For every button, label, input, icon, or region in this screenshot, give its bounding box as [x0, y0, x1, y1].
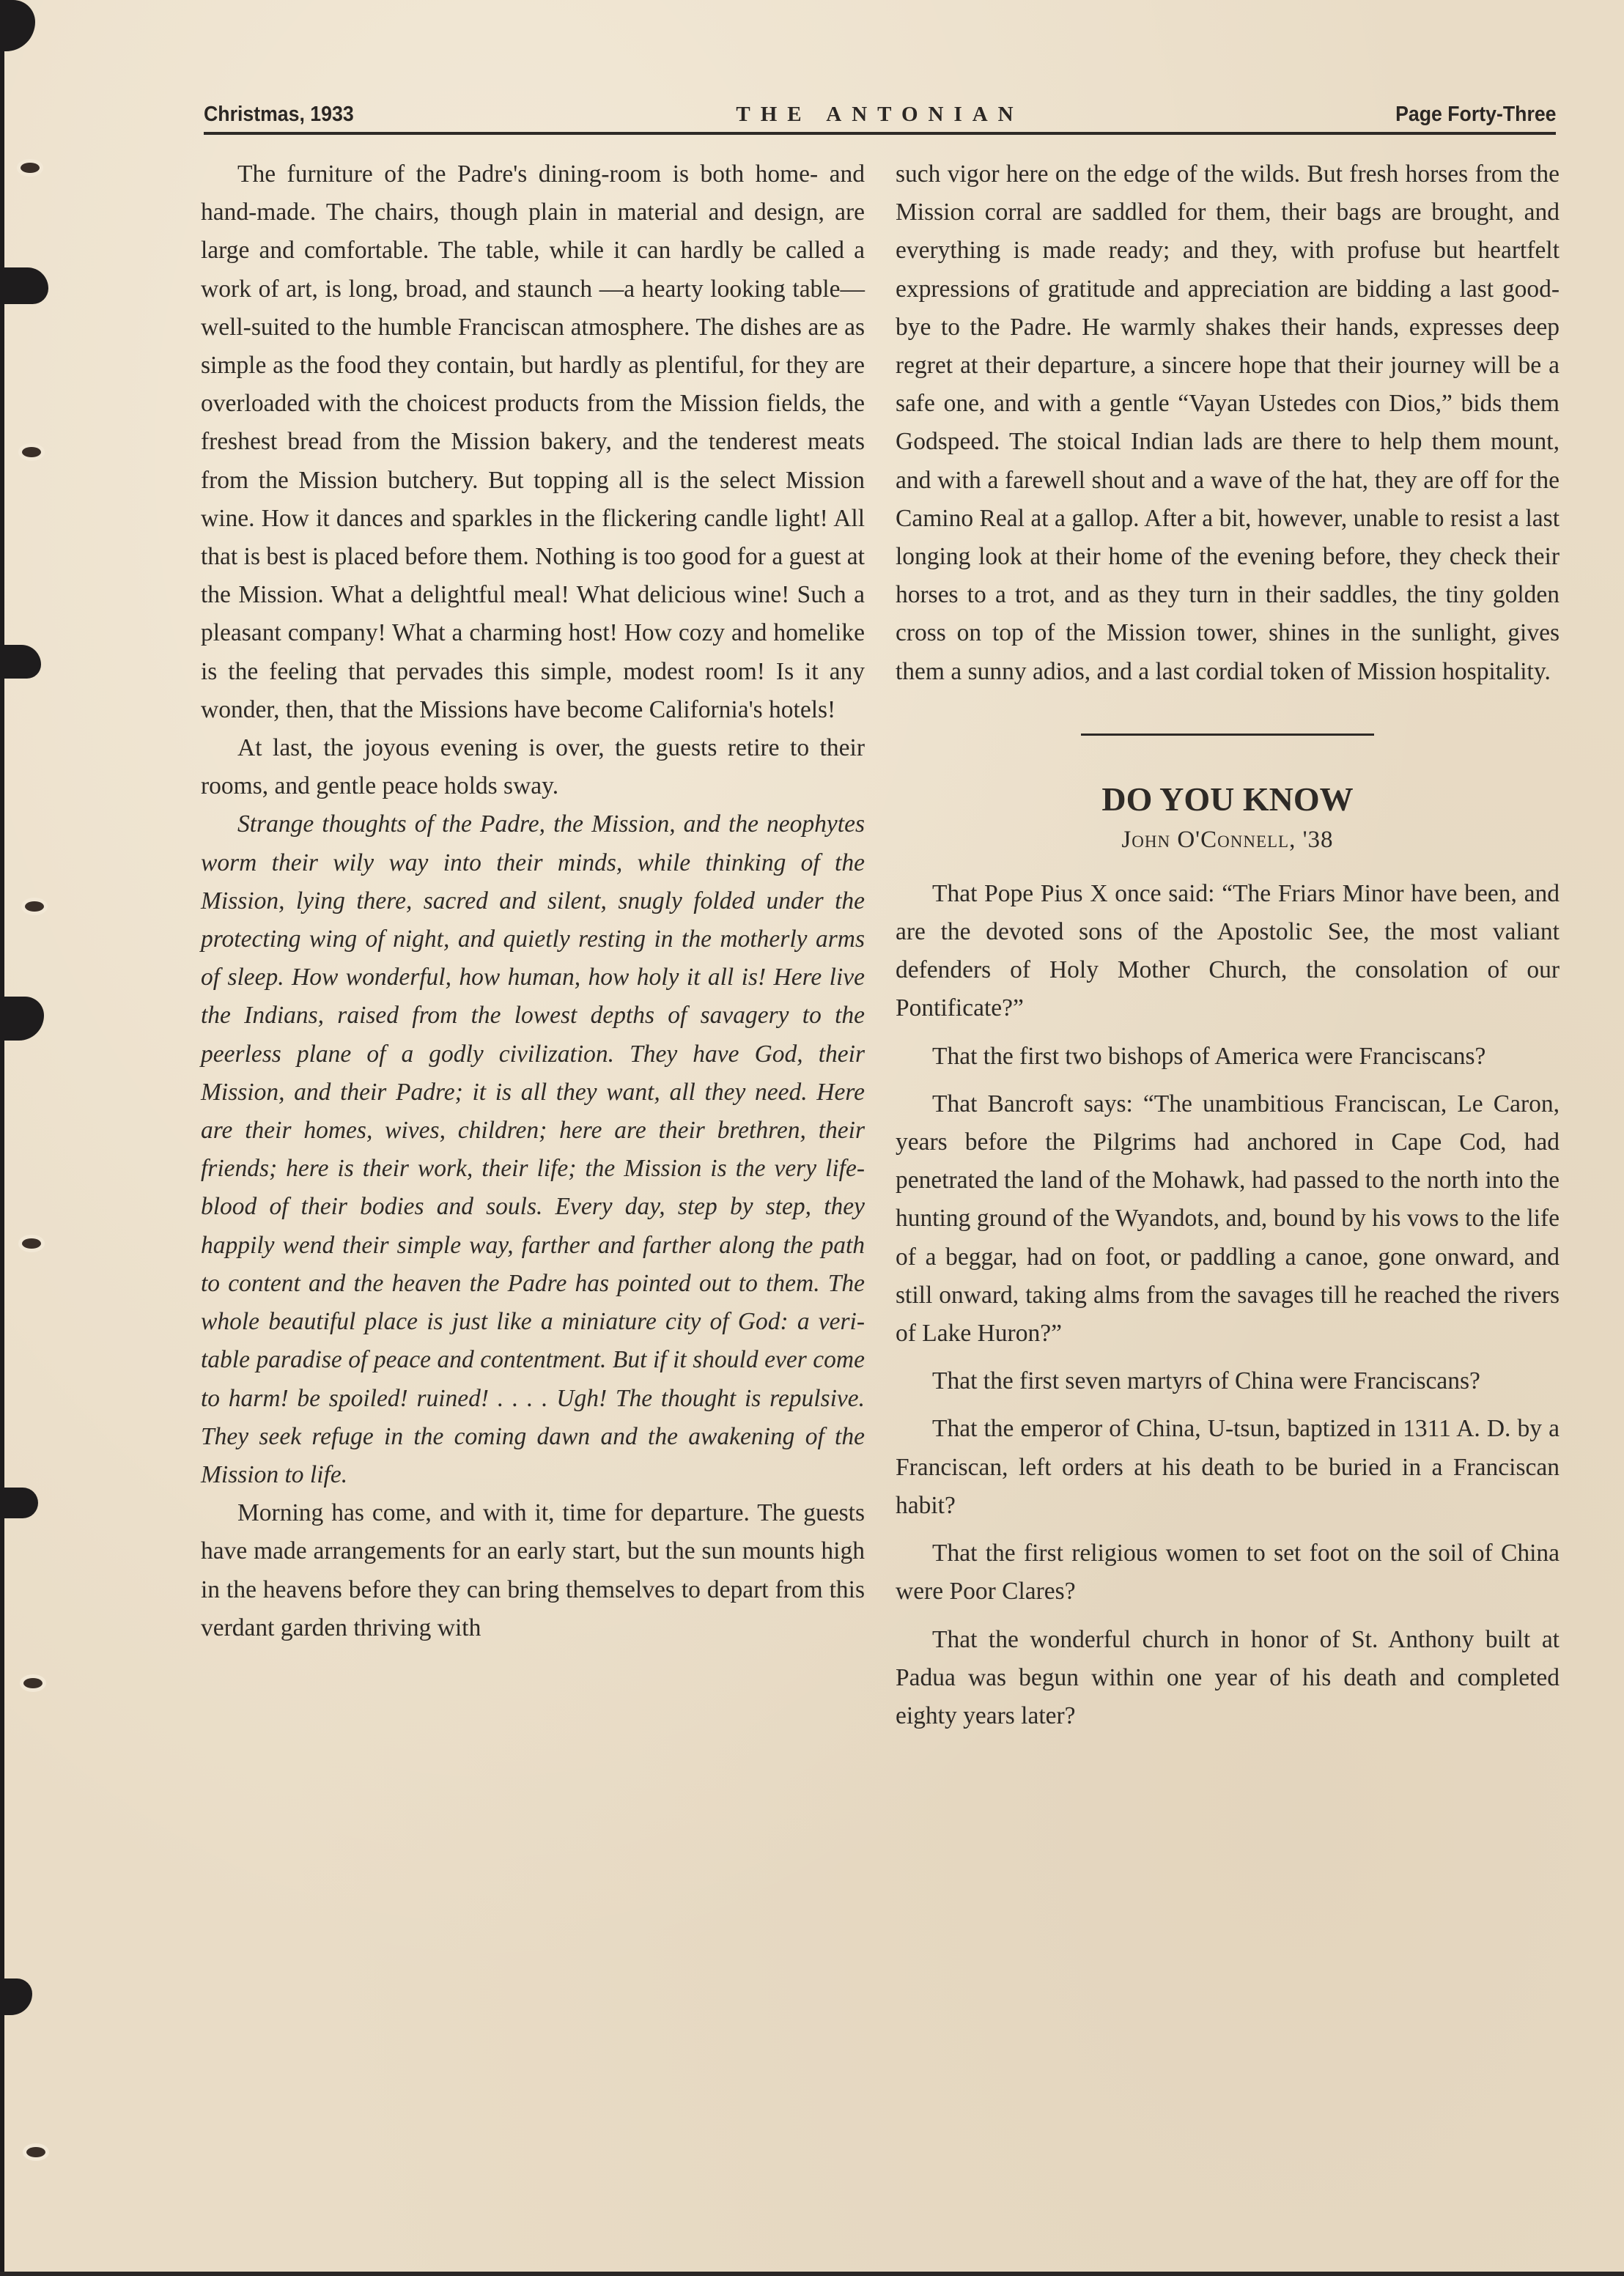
fact-item: That the first religious women to set fo… — [896, 1534, 1560, 1611]
torn-edge — [0, 1488, 38, 1518]
fact-item: That the wonderful church in honor of St… — [896, 1621, 1560, 1736]
fact-item: That Pope Pius X once said: “The Friars … — [896, 875, 1560, 1028]
running-header: Christmas, 1933 THE ANTONIAN Page Forty-… — [204, 103, 1556, 132]
fact-item: That the first two bishops of America we… — [896, 1038, 1560, 1076]
header-rule — [204, 132, 1556, 135]
fact-item: That the emperor of China, U-tsun, bapti… — [896, 1410, 1560, 1525]
italic-paragraph: Strange thoughts of the Padre, the Missi… — [201, 805, 865, 1494]
binding-hole — [22, 447, 41, 457]
binding-hole — [25, 901, 44, 912]
publication-title: THE ANTONIAN — [204, 103, 1556, 127]
author-byline: John O'Connell, '38 — [896, 821, 1560, 859]
torn-edge — [0, 0, 35, 51]
section-title: DO YOU KNOW — [896, 778, 1560, 821]
torn-edge — [0, 997, 44, 1041]
binding-hole — [21, 163, 40, 173]
paragraph: Morning has come, and with it, time for … — [201, 1494, 865, 1647]
paragraph-continuation: such vigor here on the edge of the wilds… — [896, 155, 1560, 691]
binding-hole — [22, 1238, 41, 1249]
binding-hole — [26, 2147, 45, 2157]
fact-item: That the first seven martyrs of China we… — [896, 1362, 1560, 1400]
torn-edge — [0, 267, 48, 304]
magazine-page: Christmas, 1933 THE ANTONIAN Page Forty-… — [0, 0, 1624, 2276]
binding-edge — [0, 0, 4, 2276]
section-divider — [1081, 734, 1374, 736]
paragraph: The furniture of the Padre's dining-room… — [201, 155, 865, 729]
fact-item: That Bancroft says: “The unambitious Fra… — [896, 1085, 1560, 1353]
paragraph: At last, the joyous evening is over, the… — [201, 729, 865, 805]
binding-hole — [23, 1678, 43, 1688]
left-column: The furniture of the Padre's dining-room… — [201, 155, 865, 1647]
torn-edge — [0, 645, 41, 679]
page-number: Page Forty-Three — [1395, 103, 1556, 127]
page-bottom-edge — [0, 2272, 1624, 2276]
right-column: such vigor here on the edge of the wilds… — [896, 155, 1560, 1735]
torn-edge — [0, 1978, 32, 2015]
